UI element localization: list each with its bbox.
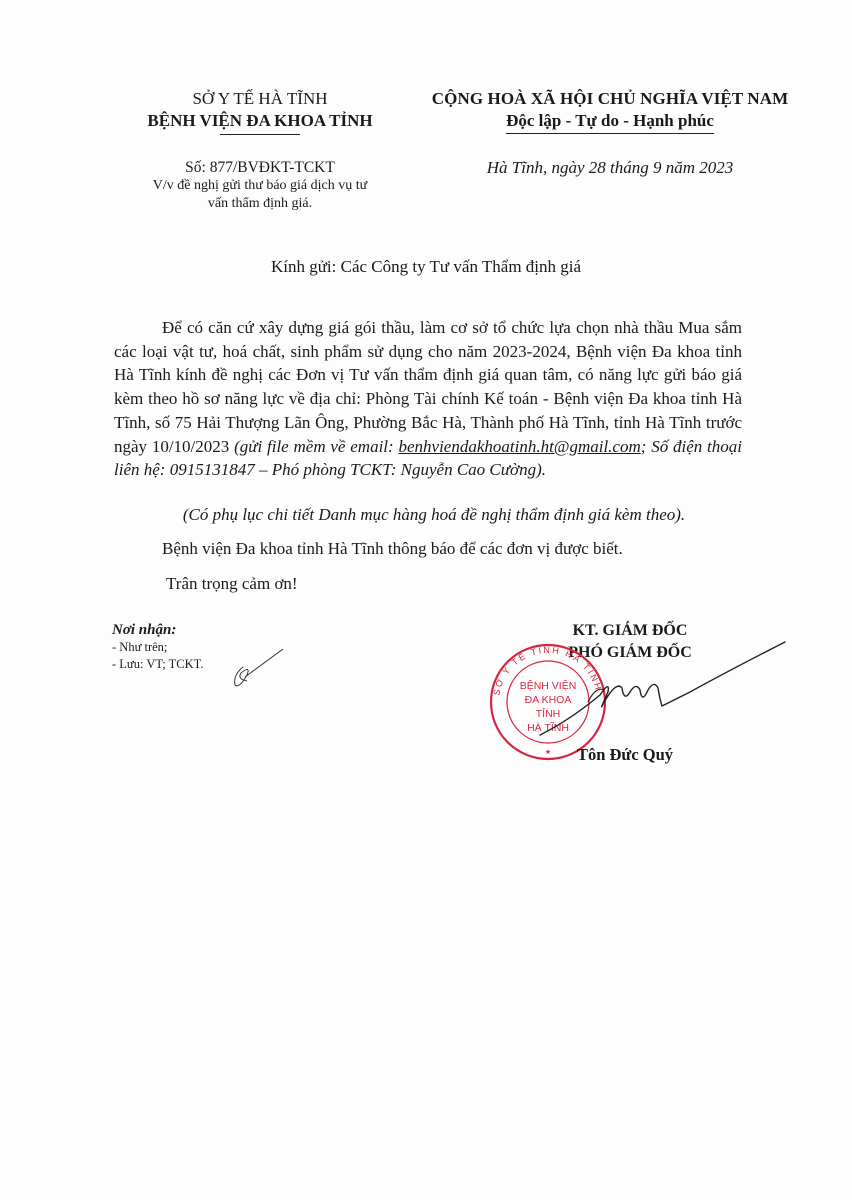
official-letter: SỞ Y TẾ HÀ TĨNH BỆNH VIỆN ĐA KHOA TỈNH S…	[0, 0, 852, 1200]
place-date: Hà Tĩnh, ngày 28 tháng 9 năm 2023	[400, 158, 820, 178]
subject-line-2: vấn thẩm định giá.	[100, 195, 420, 213]
contact-prefix: (gửi file mềm về email:	[234, 437, 398, 456]
header-underline	[220, 134, 300, 135]
subject-line-1: V/v đề nghị gửi thư báo giá dịch vụ tư	[100, 177, 420, 195]
recipient-line: Kính gửi: Các Công ty Tư vấn Thẩm định g…	[0, 257, 852, 277]
signer-name: Tôn Đức Quý	[500, 745, 750, 765]
appendix-note: (Có phụ lục chi tiết Danh mục hàng hoá đ…	[114, 505, 754, 525]
recipients-title: Nơi nhận:	[112, 622, 204, 639]
agency-name: SỞ Y TẾ HÀ TĨNH	[100, 88, 420, 110]
letter-body: Để có căn cứ xây dựng giá gói thầu, làm …	[114, 316, 742, 482]
main-paragraph-text: Để có căn cứ xây dựng giá gói thầu, làm …	[114, 318, 742, 456]
recipient-item: - Như trên;	[112, 639, 204, 656]
organization-name: BỆNH VIỆN ĐA KHOA TỈNH	[100, 110, 420, 132]
document-number: Số: 877/BVĐKT-TCKT	[100, 158, 420, 177]
document-subject: V/v đề nghị gửi thư báo giá dịch vụ tư v…	[100, 177, 420, 213]
signature-title-line-1: KT. GIÁM ĐỐC	[500, 620, 760, 642]
initials-mark-icon	[225, 645, 285, 690]
national-title: CỘNG HOÀ XÃ HỘI CHỦ NGHĨA VIỆT NAM	[400, 88, 820, 110]
national-motto: Độc lập - Tự do - Hạnh phúc	[506, 110, 714, 134]
main-paragraph: Để có căn cứ xây dựng giá gói thầu, làm …	[114, 316, 742, 482]
recipient-item: - Lưu: VT; TCKT.	[112, 656, 204, 673]
national-header-block: CỘNG HOÀ XÃ HỘI CHỦ NGHĨA VIỆT NAM Độc l…	[400, 88, 820, 134]
handwritten-signature-icon	[530, 640, 790, 750]
issuing-authority-block: SỞ Y TẾ HÀ TĨNH BỆNH VIỆN ĐA KHOA TỈNH	[100, 88, 420, 135]
closing-thanks: Trân trọng cảm ơn!	[166, 574, 298, 594]
notify-line: Bệnh viện Đa khoa tỉnh Hà Tĩnh thông báo…	[162, 539, 623, 559]
email-link[interactable]: benhviendakhoatinh.ht@gmail.com	[398, 437, 640, 456]
recipients-list: Nơi nhận: - Như trên; - Lưu: VT; TCKT.	[112, 622, 204, 673]
